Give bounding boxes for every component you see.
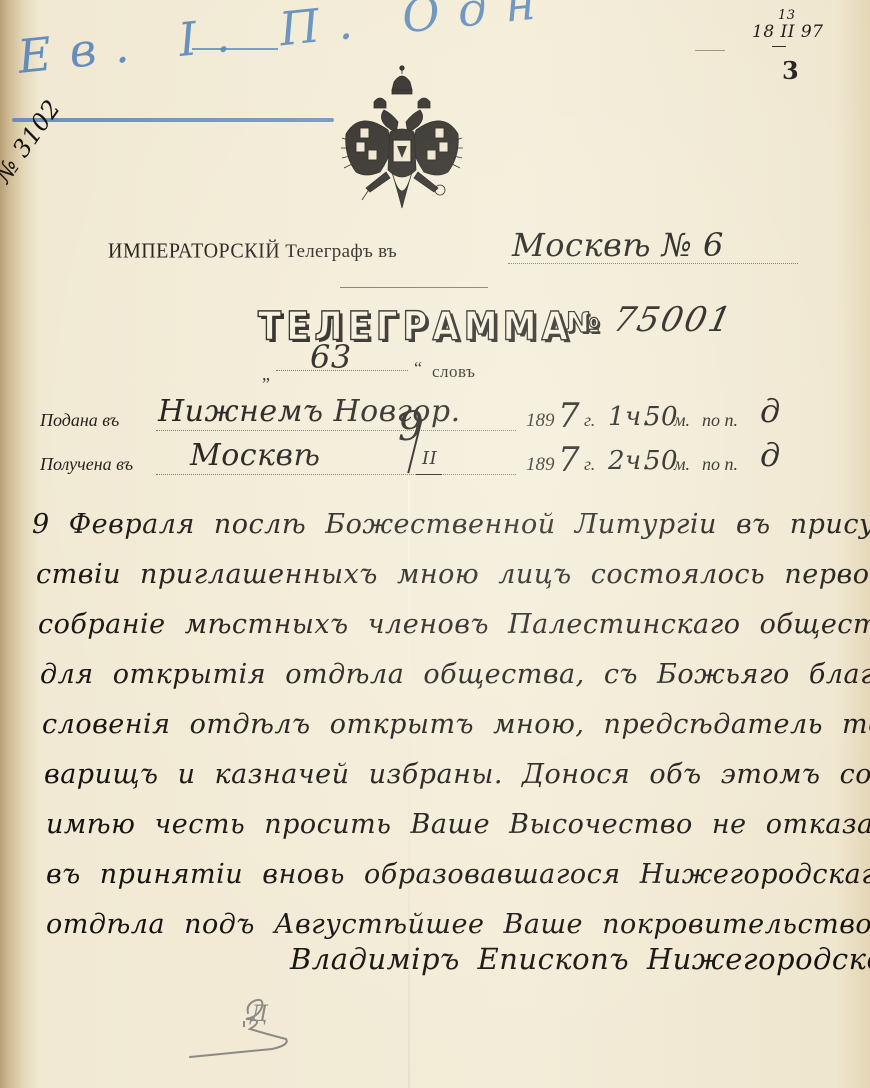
received-date: 9 II (396, 408, 456, 488)
received-year-digit: 7 (558, 440, 580, 480)
office-city-field: Москвѣ № 6 (512, 226, 724, 264)
word-count-label: словъ (432, 362, 475, 382)
header-rule (340, 287, 488, 288)
received-place-dots (156, 474, 516, 475)
archive-date-main: 18 II 97 (752, 22, 824, 42)
received-place: Москвѣ (190, 438, 320, 473)
received-after-label: по п. (702, 454, 738, 475)
signature: Владиміръ Епископъ Нижегородской. (290, 942, 870, 976)
close-quote: “ (414, 358, 422, 379)
blue-pencil-note: Ев. I. П. Одн (15, 0, 555, 84)
registration-number: № 3102 (0, 95, 66, 188)
received-date-month: II (422, 448, 437, 469)
initials-letter: Д (249, 1002, 269, 1027)
blue-pencil-strike (192, 48, 278, 50)
received-label: Получена въ (40, 454, 133, 475)
telegraph-office-line: ИМПЕРАТОРСКІЙ Телеграфъ въ Москвѣ № 6 (108, 240, 798, 270)
archive-date-bar (772, 46, 786, 47)
body-line: имѣю честь просить Ваше Высочество не от… (46, 800, 870, 850)
submitted-year-prefix: 189 (526, 410, 555, 432)
body-line: ствіи приглашенныхъ мною лицъ состоялось… (36, 550, 870, 600)
body-line: въ принятіи вновь образовавшагося Нижего… (46, 850, 870, 900)
word-count-line: „ 63 “ словъ (262, 358, 502, 388)
telegram-title: ТЕЛЕГРАММА (258, 304, 573, 350)
number-sign: № (566, 306, 600, 339)
pencil-dash (695, 50, 725, 51)
submitted-year-digit: 7 (558, 396, 580, 436)
submitted-after-label: по п. (702, 410, 738, 431)
telegram-page: Ев. I. П. Одн № 3102 13 18 II 97 3 (0, 0, 870, 1088)
received-after-value: д (760, 436, 781, 474)
open-quote: „ (262, 364, 270, 385)
word-count-value: 63 (310, 338, 352, 376)
received-date-underline (416, 474, 442, 475)
submitted-after-value: д (760, 392, 781, 430)
received-minute: 50 (644, 446, 678, 476)
body-line: собраніе мѣстныхъ членовъ Палестинскаго … (38, 600, 870, 650)
telegraph-label: Телеграфъ въ (285, 241, 397, 262)
pencil-initials-icon: Д (180, 985, 400, 1075)
received-year-suffix: г. (584, 454, 595, 475)
telegram-number: 75001 (610, 300, 737, 340)
office-dotted-line (508, 262, 798, 264)
submitted-place-dots (156, 430, 516, 431)
submitted-label: Подана въ (40, 410, 119, 431)
body-line: для открытія отдѣла общества, съ Божьяго… (40, 650, 870, 700)
telegram-body: 9 Февраля послѣ Божественной Литургіи въ… (30, 500, 870, 950)
submitted-year-suffix: г. (584, 410, 595, 431)
archive-date-day: 13 (778, 8, 796, 23)
received-year-prefix: 189 (526, 454, 555, 476)
body-line: варищъ и казначей избраны. Донося объ эт… (44, 750, 870, 800)
submitted-minute: 50 (644, 402, 678, 432)
received-minute-label: м. (674, 454, 690, 475)
body-line: 9 Февраля послѣ Божественной Литургіи въ… (32, 500, 870, 550)
sheet-number: 3 (782, 56, 799, 85)
imperial-label: ИМПЕРАТОРСКІЙ (108, 239, 280, 263)
submitted-minute-label: м. (674, 410, 690, 431)
imperial-eagle-icon (340, 60, 464, 216)
body-line: словенія отдѣлъ открытъ мною, предсѣдате… (42, 700, 870, 750)
